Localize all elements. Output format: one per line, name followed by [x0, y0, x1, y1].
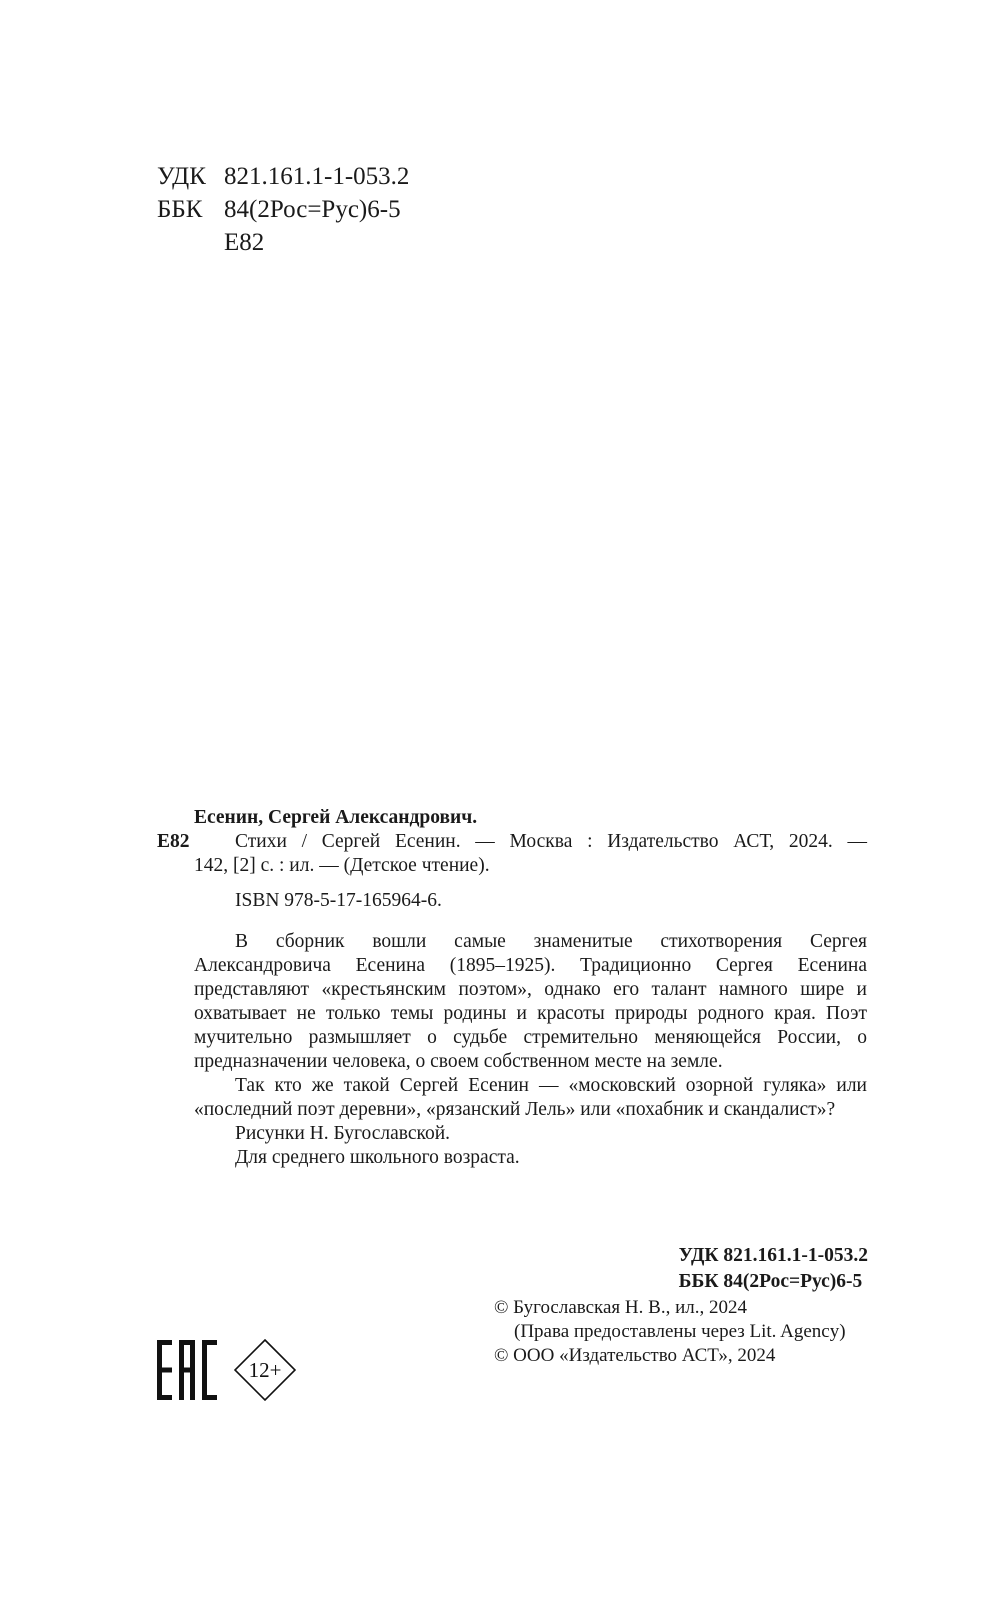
age-group-note: Для среднего школьного возраста. [194, 1146, 867, 1170]
bbk-label: ББК [157, 193, 224, 226]
udk-value: 821.161.1-1-053.2 [224, 160, 409, 193]
age-rating-text: 12+ [249, 1358, 282, 1382]
author-heading: Есенин, Сергей Александрович. [194, 806, 867, 830]
title-entry: Е82 Стихи / Сергей Есенин. — Москва : Из… [157, 830, 867, 854]
title-line: Стихи / Сергей Есенин. — Москва : Издате… [194, 830, 867, 854]
udk-label: УДК [157, 160, 224, 193]
bottom-classification: УДК 821.161.1-1-053.2 ББК 84(2Рос=Рус)6-… [679, 1243, 868, 1295]
udk-code: УДК 821.161.1-1-053.2 [679, 1243, 868, 1269]
author-mark: Е82 [224, 226, 264, 259]
age-rating-badge: 12+ [234, 1339, 296, 1401]
eac-logo-svg [157, 1340, 217, 1400]
author-mark-row: Е82 [157, 226, 409, 259]
bibliographic-record: Есенин, Сергей Александрович. Е82 Стихи … [157, 806, 867, 1170]
copyright-illustrator: © Бугославская Н. В., ил., 2024 [494, 1296, 846, 1320]
annotation-paragraph: В сборник вошли самые знаменитые стихотв… [194, 930, 867, 1074]
author-mark-code: Е82 [157, 830, 190, 854]
copyright-block: © Бугославская Н. В., ил., 2024 (Права п… [494, 1296, 846, 1368]
illustrator-note: Рисунки Н. Бугославской. [194, 1122, 867, 1146]
bbk-code: ББК 84(2Рос=Рус)6-5 [679, 1269, 868, 1295]
isbn: ISBN 978-5-17-165964-6. [235, 889, 867, 913]
udk-row: УДК 821.161.1-1-053.2 [157, 160, 409, 193]
bbk-value: 84(2Рос=Рус)6-5 [224, 193, 401, 226]
extent-line: 142, [2] с. : ил. — (Детское чтение). [194, 854, 867, 878]
rights-note: (Права предоставлены через Lit. Agency) [514, 1320, 846, 1344]
annotation-paragraph: Так кто же такой Сергей Есенин — «москов… [194, 1074, 867, 1122]
annotation: В сборник вошли самые знаменитые стихотв… [194, 930, 867, 1170]
eac-logo-icon [157, 1340, 217, 1400]
copyright-publisher: © ООО «Издательство АСТ», 2024 [494, 1344, 846, 1368]
top-classification: УДК 821.161.1-1-053.2 ББК 84(2Рос=Рус)6-… [157, 160, 409, 259]
bbk-row: ББК 84(2Рос=Рус)6-5 [157, 193, 409, 226]
